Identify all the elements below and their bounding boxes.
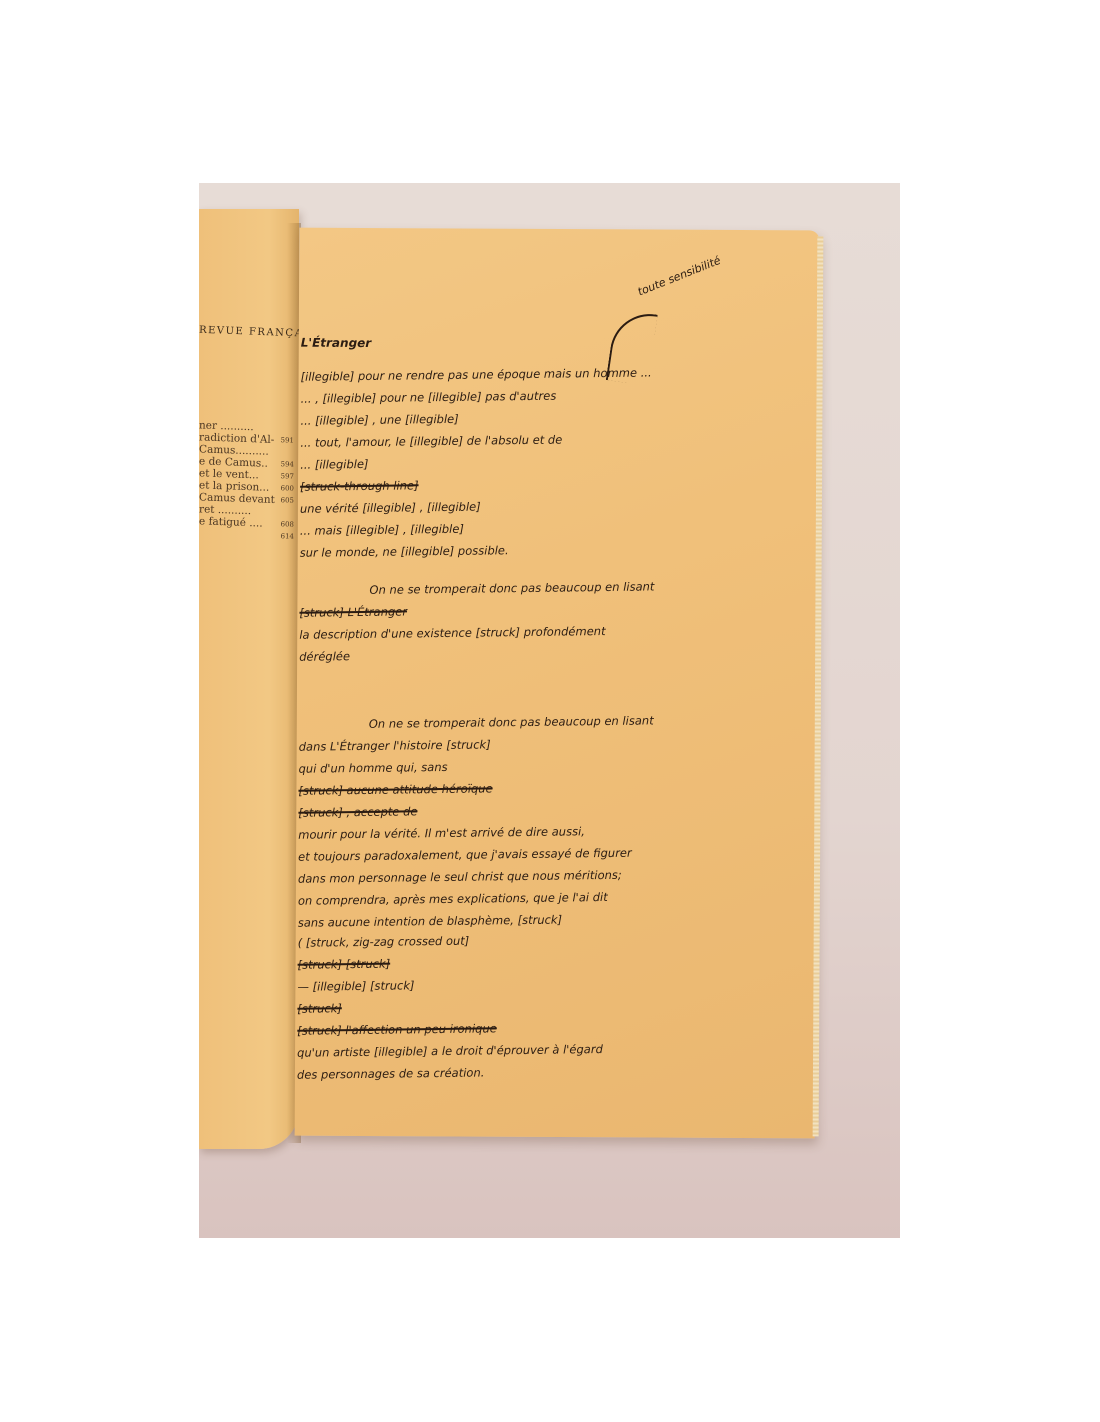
handwritten-line: déréglée bbox=[299, 640, 769, 668]
handwritten-paragraph-2: On ne se tromperait donc pas beaucoup en… bbox=[299, 576, 769, 666]
left-book-page: REVUE FRANÇAISE ner ..........radiction … bbox=[199, 209, 299, 1149]
table-of-contents: ner ..........radiction d'Al-591Camus...… bbox=[199, 421, 294, 541]
handwritten-paragraph-1: [illegible] pour ne rendre pas une époqu… bbox=[300, 362, 771, 562]
handwritten-title: L'Étranger bbox=[301, 336, 372, 350]
photograph: REVUE FRANÇAISE ner ..........radiction … bbox=[199, 183, 900, 1238]
toc-entry: 614 bbox=[199, 527, 294, 542]
handwritten-paragraph-3: On ne se tromperait donc pas beaucoup en… bbox=[298, 710, 769, 932]
right-book-page: L'Étranger toute sensibilité [illegible]… bbox=[295, 228, 820, 1139]
handwritten-margin-note: toute sensibilité bbox=[636, 254, 723, 299]
handwritten-paragraph-4: ( [struck, zig-zag crossed out][struck] … bbox=[297, 928, 768, 1084]
handwritten-line: des personnages de sa création. bbox=[297, 1058, 767, 1086]
page-block-edge bbox=[813, 236, 824, 1136]
handwritten-line: sur le monde, ne [illegible] possible. bbox=[300, 536, 770, 564]
